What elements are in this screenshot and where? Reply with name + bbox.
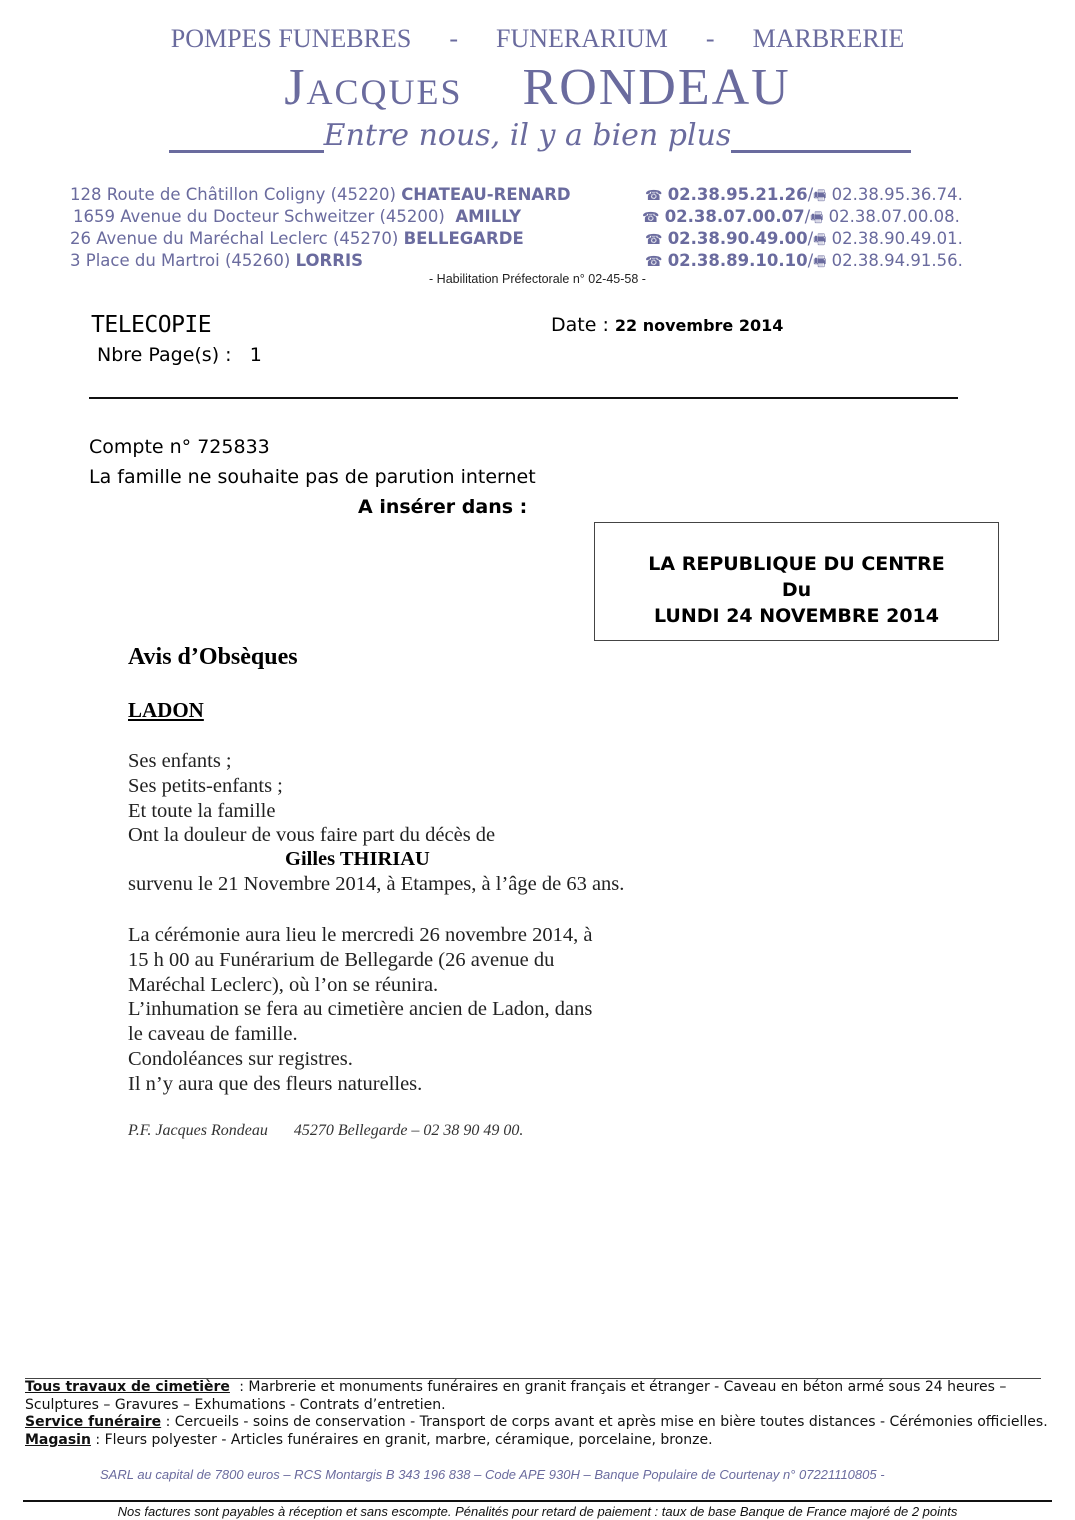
slogan-underline-right xyxy=(731,150,911,153)
service-funerarium: FUNERARIUM xyxy=(496,24,668,54)
newspaper-box: LA REPUBLIQUE DU CENTRE Du LUNDI 24 NOVE… xyxy=(594,522,999,641)
agency-city: BELLEGARDE xyxy=(404,229,524,248)
internet-note: La famille ne souhaite pas de parution i… xyxy=(89,466,536,488)
death-line: survenu le 21 Novembre 2014, à Etampes, … xyxy=(128,873,624,896)
publication-date: LUNDI 24 NOVEMBRE 2014 xyxy=(595,603,998,629)
fax-icon: 🖷 xyxy=(810,210,823,226)
fax-title: TELECOPIE xyxy=(91,312,211,338)
fax-date: Date : 22 novembre 2014 xyxy=(551,314,783,336)
agency-city: LORRIS xyxy=(296,251,363,270)
fax-date-value: 22 novembre 2014 xyxy=(615,316,783,335)
newspaper-du: Du xyxy=(595,577,998,603)
agency-address-4: 3 Place du Martroi (45260) LORRIS xyxy=(70,251,363,270)
agency-city: CHATEAU-RENARD xyxy=(401,185,570,204)
footer-services: Tous travaux de cimetière : Marbrerie et… xyxy=(25,1379,1055,1449)
account-number: Compte n° 725833 xyxy=(89,436,270,458)
services-tagline: POMPES FUNEBRES-FUNERARIUM-MARBRERIE xyxy=(0,24,1075,54)
ceremony-line: L’inhumation se fera au cimetière ancien… xyxy=(128,997,592,1022)
fax-icon: 🖷 xyxy=(813,254,826,270)
habilitation: - Habilitation Préfectorale n° 02-45-58 … xyxy=(0,272,1075,286)
ceremony-line: 15 h 00 au Funérarium de Bellegarde (26 … xyxy=(128,948,592,973)
agency-phone-1: ☎ 02.38.95.21.26/🖷 02.38.95.36.74. xyxy=(645,185,963,209)
footer-service: Service funéraire : Cercueils - soins de… xyxy=(25,1414,1055,1432)
agency-city: AMILLY xyxy=(455,207,521,226)
service-pompes-funebres: POMPES FUNEBRES xyxy=(171,24,412,54)
signature: P.F. Jacques Rondeau45270 Bellegarde – 0… xyxy=(128,1122,523,1140)
family-line: Ses enfants ; xyxy=(128,749,495,774)
legal-info: SARL au capital de 7800 euros – RCS Mont… xyxy=(100,1467,885,1482)
family-lines: Ses enfants ; Ses petits-enfants ; Et to… xyxy=(128,749,495,848)
agency-address-1: 128 Route de Châtillon Coligny (45220) C… xyxy=(70,185,571,204)
company-name: JacquesRONDEAU xyxy=(0,58,1075,117)
ceremony-line: le caveau de famille. xyxy=(128,1022,592,1047)
fax-icon: 🖷 xyxy=(813,232,826,248)
page-count-value: 1 xyxy=(250,344,262,366)
ceremony-line: Il n’y aura que des fleurs naturelles. xyxy=(128,1072,592,1097)
footer-cemetery: Tous travaux de cimetière : Marbrerie et… xyxy=(25,1379,1055,1414)
slogan: Entre nous, il y a bien plus xyxy=(160,118,920,153)
footer-shop: Magasin : Fleurs polyester - Articles fu… xyxy=(25,1432,1055,1450)
company-first-name: Jacques xyxy=(284,59,462,116)
family-line: Ses petits-enfants ; xyxy=(128,774,495,799)
telephone-icon: ☎ xyxy=(642,210,659,226)
agency-address-3: 26 Avenue du Maréchal Leclerc (45270) BE… xyxy=(70,229,524,248)
payment-terms: Nos factures sont payables à réception e… xyxy=(0,1504,1075,1519)
notice-title: Avis d’Obsèques xyxy=(128,644,298,671)
telephone-icon: ☎ xyxy=(645,188,662,204)
signature-contact: 45270 Bellegarde – 02 38 90 49 00. xyxy=(294,1122,524,1139)
ceremony-details: La cérémonie aura lieu le mercredi 26 no… xyxy=(128,923,592,1097)
slogan-text: Entre nous, il y a bien plus xyxy=(324,118,732,153)
company-last-name: RONDEAU xyxy=(523,59,791,116)
notice-town: LADON xyxy=(128,698,204,723)
agency-phone-2: ☎ 02.38.07.00.07/🖷 02.38.07.00.08. xyxy=(642,207,960,231)
insert-label: A insérer dans : xyxy=(358,496,527,518)
family-line: Et toute la famille xyxy=(128,799,495,824)
agency-address-2: 1659 Avenue du Docteur Schweitzer (45200… xyxy=(73,207,521,226)
slogan-underline-left xyxy=(169,150,324,153)
header-divider xyxy=(89,397,958,399)
separator: - xyxy=(449,24,458,54)
deceased-name: Gilles THIRIAU xyxy=(285,848,430,871)
signature-name: P.F. Jacques Rondeau xyxy=(128,1122,268,1139)
ceremony-line: Maréchal Leclerc), où l’on se réunira. xyxy=(128,973,592,998)
ceremony-line: Condoléances sur registres. xyxy=(128,1047,592,1072)
agency-phone-3: ☎ 02.38.90.49.00/🖷 02.38.90.49.01. xyxy=(645,229,963,253)
page-count: Nbre Page(s) : 1 xyxy=(97,344,262,366)
telephone-icon: ☎ xyxy=(645,232,662,248)
newspaper-name: LA REPUBLIQUE DU CENTRE xyxy=(595,551,998,577)
separator: - xyxy=(706,24,715,54)
family-line: Ont la douleur de vous faire part du déc… xyxy=(128,823,495,848)
fax-icon: 🖷 xyxy=(813,188,826,204)
telephone-icon: ☎ xyxy=(645,254,662,270)
bottom-divider xyxy=(23,1500,1052,1502)
ceremony-line: La cérémonie aura lieu le mercredi 26 no… xyxy=(128,923,592,948)
service-marbrerie: MARBRERIE xyxy=(753,24,905,54)
